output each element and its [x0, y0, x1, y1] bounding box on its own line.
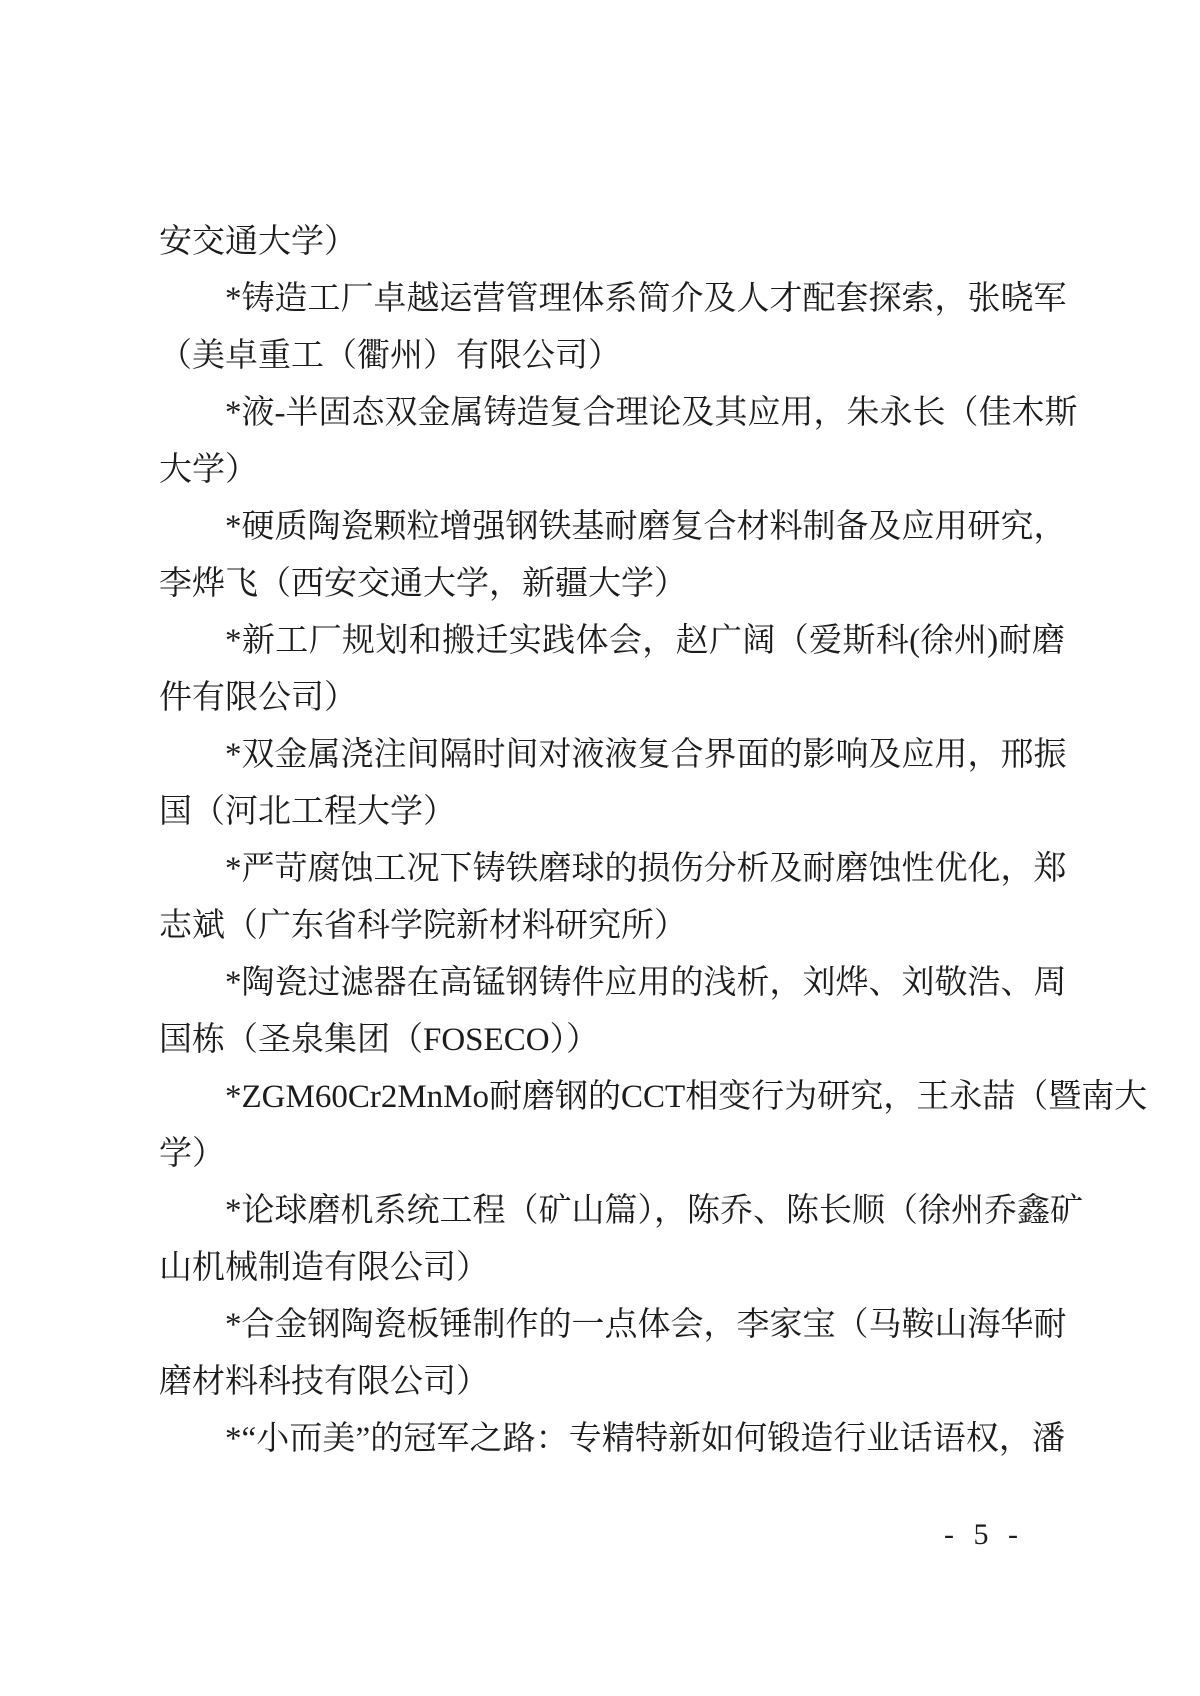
- document-line: *新工厂规划和搬迁实践体会，赵广阔（爱斯科(徐州)耐磨: [159, 613, 1065, 670]
- document-page: 安交通大学）*铸造工厂卓越运营管理体系简介及人才配套探索，张晓军（美卓重工（衢州…: [0, 0, 1200, 1696]
- document-lines: 安交通大学）*铸造工厂卓越运营管理体系简介及人才配套探索，张晓军（美卓重工（衢州…: [159, 214, 1065, 1468]
- document-line: 志斌（广东省科学院新材料研究所）: [159, 898, 1065, 955]
- document-line: 磨材料科技有限公司）: [159, 1354, 1065, 1411]
- document-line: *“小而美”的冠军之路：专精特新如何锻造行业话语权，潘: [159, 1411, 1065, 1468]
- document-line: 李烨飞（西安交通大学，新疆大学）: [159, 556, 1065, 613]
- document-line: *双金属浇注间隔时间对液液复合界面的影响及应用，邢振: [159, 727, 1065, 784]
- document-line: 国（河北工程大学）: [159, 784, 1065, 841]
- document-line: *合金钢陶瓷板锤制作的一点体会，李家宝（马鞍山海华耐: [159, 1297, 1065, 1354]
- document-line: *陶瓷过滤器在高锰钢铸件应用的浅析，刘烨、刘敬浩、周: [159, 955, 1065, 1012]
- document-line: *硬质陶瓷颗粒增强钢铁基耐磨复合材料制备及应用研究，: [159, 499, 1065, 556]
- document-line: 山机械制造有限公司）: [159, 1240, 1065, 1297]
- document-line: *论球磨机系统工程（矿山篇），陈乔、陈长顺（徐州乔鑫矿: [159, 1183, 1065, 1240]
- document-line: 大学）: [159, 442, 1065, 499]
- document-line: 学）: [159, 1126, 1065, 1183]
- document-line: *液-半固态双金属铸造复合理论及其应用，朱永长（佳木斯: [159, 385, 1065, 442]
- document-line: 国栋（圣泉集团（FOSECO））: [159, 1012, 1065, 1069]
- document-line: 件有限公司）: [159, 670, 1065, 727]
- page-number: - 5 -: [944, 1518, 1024, 1552]
- document-line: *铸造工厂卓越运营管理体系简介及人才配套探索，张晓军: [159, 271, 1065, 328]
- document-line: *ZGM60Cr2MnMo耐磨钢的CCT相变行为研究，王永喆（暨南大: [159, 1069, 1065, 1126]
- document-line: 安交通大学）: [159, 214, 1065, 271]
- document-line: （美卓重工（衢州）有限公司）: [159, 328, 1065, 385]
- document-line: *严苛腐蚀工况下铸铁磨球的损伤分析及耐磨蚀性优化，郑: [159, 841, 1065, 898]
